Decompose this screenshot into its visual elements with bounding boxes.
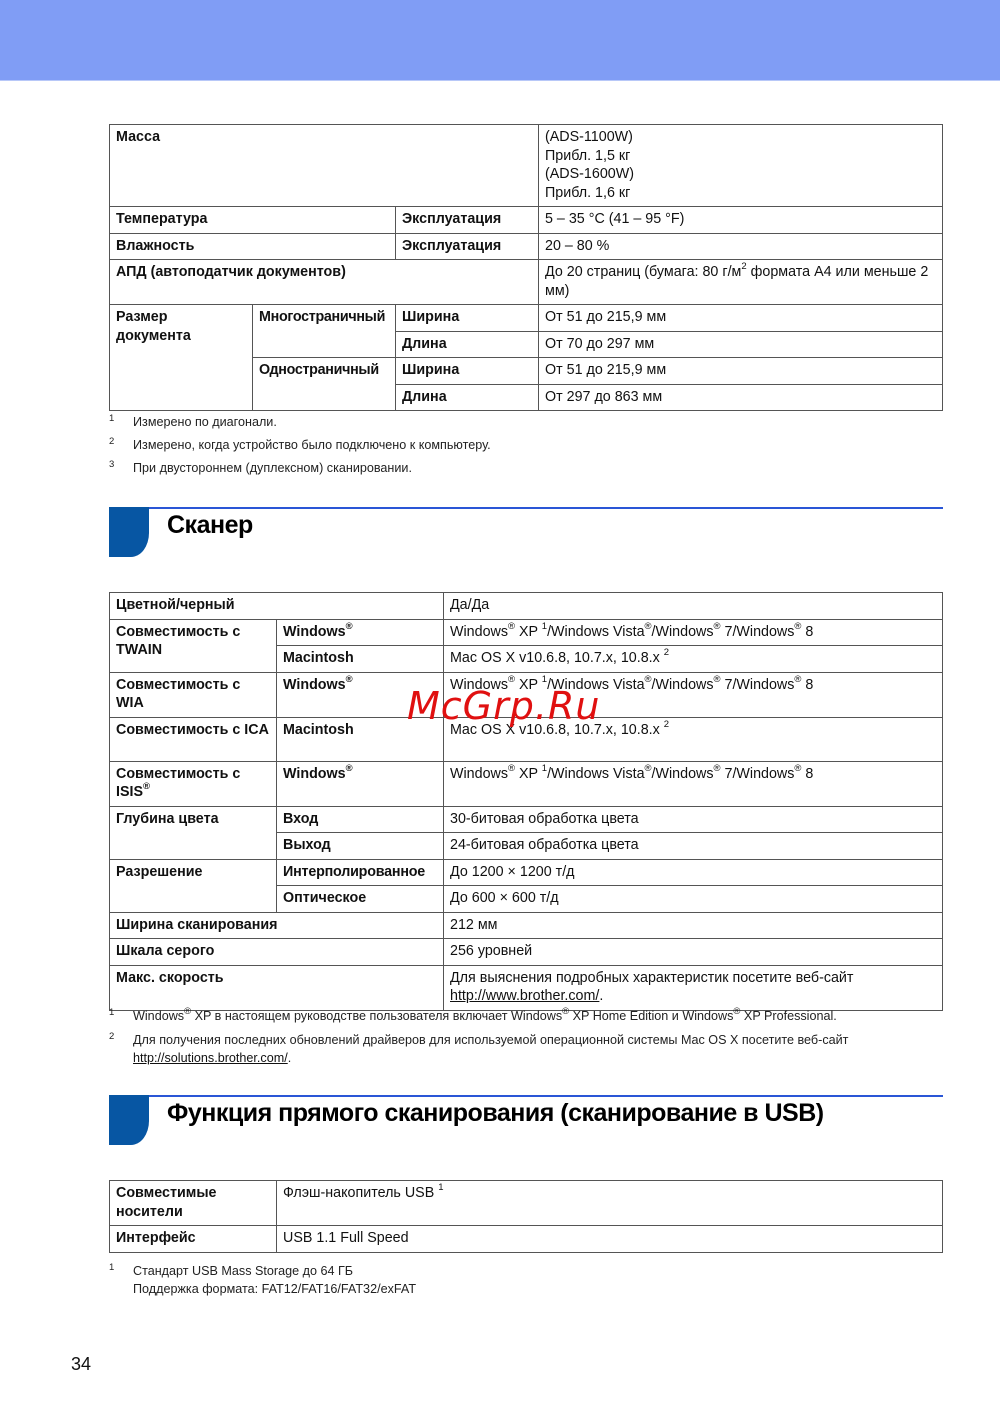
width-value: От 51 до 215,9 мм (539, 305, 943, 332)
footnote-number: 1 (109, 1004, 114, 1022)
fn-part: Windows (133, 1009, 184, 1023)
registered-mark: ® (645, 621, 652, 632)
os-text: Windows (450, 624, 508, 640)
punctuation: . (288, 1051, 292, 1065)
max-speed-label: Макс. скорость (110, 965, 444, 1010)
temperature-sub: Эксплуатация (396, 207, 539, 234)
os-text: 7/Windows (721, 677, 795, 693)
section-title: Функция прямого сканирования (сканирован… (167, 1099, 824, 1128)
os-text: 7/Windows (721, 766, 795, 782)
media-label: Совместимые носители (110, 1181, 277, 1226)
table-row: Макс. скорость Для выяснения подробных х… (110, 965, 943, 1010)
registered-mark: ® (346, 674, 353, 685)
humidity-sub: Эксплуатация (396, 233, 539, 260)
grayscale-label: Шкала серого (110, 939, 444, 966)
os-text: Mac OS X v10.6.8, 10.7.x, 10.8.x (450, 722, 664, 738)
isis-label: Совместимость с ISIS® (110, 761, 277, 806)
interface-value: USB 1.1 Full Speed (277, 1226, 943, 1253)
os-text: 8 (801, 624, 813, 640)
os-text: /Windows (652, 677, 714, 693)
max-speed-text: Для выяснения подробных характеристик по… (450, 969, 936, 988)
output-value: 24-битовая обработка цвета (444, 833, 943, 860)
os-name: Windows (283, 766, 346, 782)
registered-mark: ® (714, 674, 721, 685)
fn-part: Для получения последних обновлений драйв… (133, 1033, 848, 1047)
os-text: 8 (801, 766, 813, 782)
mass-line: (ADS-1100W) (545, 128, 936, 147)
windows-label: Windows® (277, 761, 444, 806)
width-label: Ширина (396, 305, 539, 332)
table-row: Масса (ADS-1100W) Прибл. 1,5 кг (ADS-160… (110, 125, 943, 207)
registered-mark: ® (794, 621, 801, 632)
footnote-text: Windows® XP в настоящем руководстве поль… (133, 1007, 837, 1025)
registered-mark: ® (346, 763, 353, 774)
registered-mark: ® (714, 763, 721, 774)
footnote: 3 При двустороннем (дуплексном) сканиров… (109, 459, 412, 477)
optical-label: Оптическое (277, 886, 444, 913)
mass-line: (ADS-1600W) (545, 165, 936, 184)
usb-spec-table: Совместимые носители Флэш-накопитель USB… (109, 1180, 943, 1253)
footnote: 1 Стандарт USB Mass Storage до 64 ГБ Под… (109, 1262, 416, 1298)
adf-value: До 20 страниц (бумага: 80 г/м2 формата A… (539, 260, 943, 305)
page-number: 34 (71, 1354, 91, 1375)
temperature-value: 5 – 35 °C (41 – 95 °F) (539, 207, 943, 234)
color-depth-label: Глубина цвета (110, 806, 277, 859)
os-text: Windows (450, 766, 508, 782)
doc-size-label: Размер документа (110, 305, 253, 411)
section-tab-marker (109, 507, 149, 557)
multi-page-label: Многостраничный (253, 305, 396, 358)
footnote-ref: 1 (438, 1182, 443, 1193)
mac-value: Mac OS X v10.6.8, 10.7.x, 10.8.x 2 (444, 717, 943, 761)
brother-link[interactable]: http://www.brother.com/ (450, 988, 599, 1004)
table-row: Разрешение Интерполированное До 1200 × 1… (110, 859, 943, 886)
fn-part: XP Home Edition и Windows (569, 1009, 733, 1023)
os-text: /Windows Vista (547, 677, 644, 693)
length-label: Длина (396, 384, 539, 411)
footnote-text: Измерено по диагонали. (133, 413, 277, 431)
registered-mark: ® (794, 763, 801, 774)
table-row: Интерфейс USB 1.1 Full Speed (110, 1226, 943, 1253)
table-row: Цветной/черный Да/Да (110, 593, 943, 620)
table-row: Совместимость с ISIS® Windows® Windows® … (110, 761, 943, 806)
macintosh-label: Macintosh (277, 717, 444, 761)
footnote-ref: 1 (542, 763, 547, 774)
solutions-link[interactable]: http://solutions.brother.com/ (133, 1051, 288, 1065)
footnote-number: 1 (109, 410, 114, 428)
footnote-ref: 2 (664, 647, 669, 658)
media-value: Флэш-накопитель USB 1 (277, 1181, 943, 1226)
os-text: /Windows (652, 624, 714, 640)
footnote: 2 Для получения последних обновлений дра… (109, 1031, 848, 1067)
footnote-number: 3 (109, 456, 114, 474)
mac-value: Mac OS X v10.6.8, 10.7.x, 10.8.x 2 (444, 646, 943, 673)
os-text: XP (515, 766, 542, 782)
section-rule (139, 507, 943, 509)
windows-label: Windows® (277, 672, 444, 717)
input-value: 30-битовая обработка цвета (444, 806, 943, 833)
footnote-text: Для получения последних обновлений драйв… (133, 1031, 848, 1067)
registered-mark: ® (184, 1006, 191, 1017)
section-tab-marker (109, 1095, 149, 1145)
footnote-text: Стандарт USB Mass Storage до 64 ГБ (133, 1262, 416, 1280)
mass-label: Масса (110, 125, 539, 207)
windows-value: Windows® XP 1/Windows Vista®/Windows® 7/… (444, 761, 943, 806)
table-row: Шкала серого 256 уровней (110, 939, 943, 966)
footnote-number: 2 (109, 433, 114, 451)
os-text: 8 (801, 677, 813, 693)
color-bw-label: Цветной/черный (110, 593, 444, 620)
optical-value: До 600 × 600 т/д (444, 886, 943, 913)
footnote-ref: 2 (664, 719, 669, 730)
footnote: 1 Измерено по диагонали. (109, 413, 277, 431)
twain-label: Совместимость с TWAIN (110, 619, 277, 672)
adf-text: До 20 страниц (бумага: 80 г/м (545, 264, 741, 280)
length-label: Длина (396, 331, 539, 358)
fn-part: XP в настоящем руководстве пользователя … (191, 1009, 562, 1023)
input-label: Вход (277, 806, 444, 833)
windows-value: Windows® XP 1/Windows Vista®/Windows® 7/… (444, 672, 943, 717)
width-value: От 51 до 215,9 мм (539, 358, 943, 385)
registered-mark: ® (794, 674, 801, 685)
os-text: /Windows Vista (547, 766, 644, 782)
os-name: Windows (283, 624, 346, 640)
os-text: /Windows (652, 766, 714, 782)
registered-mark: ® (143, 781, 150, 792)
registered-mark: ® (508, 621, 515, 632)
adf-label: АПД (автоподатчик документов) (110, 260, 539, 305)
table-row: Влажность Эксплуатация 20 – 80 % (110, 233, 943, 260)
registered-mark: ® (508, 763, 515, 774)
length-value: От 297 до 863 мм (539, 384, 943, 411)
registered-mark: ® (562, 1006, 569, 1017)
interface-label: Интерфейс (110, 1226, 277, 1253)
registered-mark: ® (645, 763, 652, 774)
table-row: Глубина цвета Вход 30-битовая обработка … (110, 806, 943, 833)
footnote-number: 1 (109, 1259, 114, 1277)
os-text: 7/Windows (721, 624, 795, 640)
interpolated-label: Интерполированное (277, 859, 444, 886)
table-row: Температура Эксплуатация 5 – 35 °C (41 –… (110, 207, 943, 234)
table-row: Совместимость с WIA Windows® Windows® XP… (110, 672, 943, 717)
table-row: Совместимость с ICA Macintosh Mac OS X v… (110, 717, 943, 761)
scanner-spec-table: Цветной/черный Да/Да Совместимость с TWA… (109, 592, 943, 1011)
footnote-text: При двустороннем (дуплексном) сканирован… (133, 459, 412, 477)
header-band (0, 0, 1000, 81)
os-text: XP (515, 677, 542, 693)
registered-mark: ® (645, 674, 652, 685)
os-text: /Windows Vista (547, 624, 644, 640)
windows-value: Windows® XP 1/Windows Vista®/Windows® 7/… (444, 619, 943, 646)
macintosh-label: Macintosh (277, 646, 444, 673)
os-text: XP (515, 624, 542, 640)
grayscale-value: 256 уровней (444, 939, 943, 966)
isis-text: Совместимость с ISIS (116, 766, 240, 801)
mass-line: Прибл. 1,5 кг (545, 147, 936, 166)
width-label: Ширина (396, 358, 539, 385)
interpolated-value: До 1200 × 1200 т/д (444, 859, 943, 886)
table-row: Совместимость с TWAIN Windows® Windows® … (110, 619, 943, 646)
humidity-label: Влажность (110, 233, 396, 260)
length-value: От 70 до 297 мм (539, 331, 943, 358)
wia-label: Совместимость с WIA (110, 672, 277, 717)
temperature-label: Температура (110, 207, 396, 234)
table-row: Совместимые носители Флэш-накопитель USB… (110, 1181, 943, 1226)
registered-mark: ® (714, 621, 721, 632)
mass-value: (ADS-1100W) Прибл. 1,5 кг (ADS-1600W) Пр… (539, 125, 943, 207)
resolution-label: Разрешение (110, 859, 277, 912)
scan-width-value: 212 мм (444, 912, 943, 939)
section-heading-usb-scan: Функция прямого сканирования (сканирован… (109, 1095, 943, 1147)
ica-label: Совместимость с ICA (110, 717, 277, 761)
output-label: Выход (277, 833, 444, 860)
max-speed-value: Для выяснения подробных характеристик по… (444, 965, 943, 1010)
section-heading-scanner: Сканер (109, 507, 943, 559)
table-row: АПД (автоподатчик документов) До 20 стра… (110, 260, 943, 305)
general-spec-table: Масса (ADS-1100W) Прибл. 1,5 кг (ADS-160… (109, 124, 943, 411)
footnote-ref: 1 (542, 621, 547, 632)
mass-line: Прибл. 1,6 кг (545, 184, 936, 203)
footnote-ref: 1 (542, 674, 547, 685)
os-text: Mac OS X v10.6.8, 10.7.x, 10.8.x (450, 650, 664, 666)
footnote-text: Измерено, когда устройство было подключе… (133, 436, 491, 454)
os-text: Windows (450, 677, 508, 693)
registered-mark: ® (508, 674, 515, 685)
footnote-text: Поддержка формата: FAT12/FAT16/FAT32/exF… (133, 1280, 416, 1298)
punctuation: . (599, 988, 603, 1004)
footnote: 2 Измерено, когда устройство было подклю… (109, 436, 491, 454)
windows-label: Windows® (277, 619, 444, 646)
os-name: Windows (283, 677, 346, 693)
section-rule (139, 1095, 943, 1097)
footnote-number: 2 (109, 1028, 114, 1046)
single-page-label: Одностраничный (253, 358, 396, 411)
footnote: 1 Windows® XP в настоящем руководстве по… (109, 1007, 837, 1025)
table-row: Ширина сканирования 212 мм (110, 912, 943, 939)
humidity-value: 20 – 80 % (539, 233, 943, 260)
superscript: 2 (741, 261, 746, 272)
media-text: Флэш-накопитель USB (283, 1185, 438, 1201)
fn-part: XP Professional. (740, 1009, 836, 1023)
color-bw-value: Да/Да (444, 593, 943, 620)
section-title: Сканер (167, 511, 253, 540)
registered-mark: ® (346, 621, 353, 632)
scan-width-label: Ширина сканирования (110, 912, 444, 939)
table-row: Размер документа Многостраничный Ширина … (110, 305, 943, 332)
registered-mark: ® (733, 1006, 740, 1017)
